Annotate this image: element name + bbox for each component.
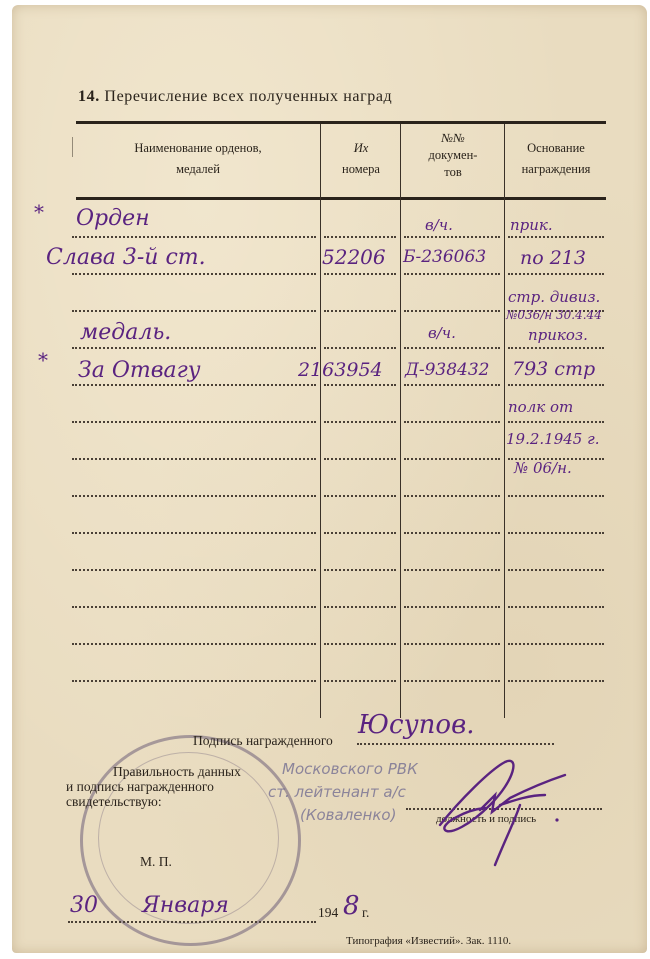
star-marker-icon: * bbox=[34, 200, 44, 224]
section-heading: 14. Перечисление всех полученных наград bbox=[78, 88, 392, 106]
date-month: Января bbox=[142, 895, 229, 917]
certify-line-2: и подпись награжденного bbox=[66, 779, 214, 795]
award-name-line1: Орден bbox=[76, 208, 150, 230]
document-prefix: в/ч. bbox=[425, 218, 453, 233]
basis-line: № 06/н. bbox=[514, 461, 572, 476]
section-number: 14. bbox=[78, 88, 100, 105]
column-divider-1 bbox=[320, 124, 321, 718]
header-award-name: Наименование орденов,медалей bbox=[80, 138, 316, 180]
date-day: 30 bbox=[70, 895, 98, 917]
basis-line: полк от bbox=[508, 400, 573, 415]
recipient-signature-label: Подпись награжденного bbox=[193, 733, 333, 749]
official-signature bbox=[420, 750, 580, 875]
star-marker-icon: * bbox=[38, 348, 48, 372]
award-name-line2: За Отвагу bbox=[78, 360, 201, 382]
stamp-text-name: (Коваленко) bbox=[300, 806, 396, 824]
award-name-line1: медаль. bbox=[80, 322, 171, 344]
award-number: 2163954 bbox=[298, 361, 383, 380]
stamp-text-office: Московского РВК bbox=[282, 760, 418, 778]
date-line bbox=[68, 921, 316, 923]
basis-line: по 213 bbox=[520, 249, 586, 268]
date-year-suffix: г. bbox=[362, 905, 369, 921]
section-title: Перечисление всех полученных наград bbox=[104, 88, 392, 105]
recipient-signature-line bbox=[357, 743, 554, 745]
document-number: Б-236063 bbox=[403, 249, 486, 266]
table-header-bottom-rule bbox=[76, 197, 606, 200]
basis-line: 793 стр bbox=[512, 360, 595, 379]
award-number: 52206 bbox=[322, 247, 386, 267]
column-divider-2 bbox=[400, 124, 401, 718]
basis-line: прик. bbox=[510, 218, 553, 233]
document-prefix: в/ч. bbox=[428, 326, 456, 341]
certify-line-3: свидетельствую: bbox=[66, 794, 162, 810]
basis-line: №036/н 30.4.44 bbox=[506, 309, 602, 321]
date-year-digit: 8 bbox=[343, 893, 360, 919]
seal-placement-label: М. П. bbox=[140, 854, 172, 870]
award-name-line2: Слава 3-й ст. bbox=[46, 247, 206, 269]
date-year-prefix: 194 bbox=[318, 905, 338, 921]
recipient-signature: Юсупов. bbox=[358, 712, 474, 738]
basis-line: 19.2.1945 г. bbox=[506, 432, 599, 447]
basis-line: стр. дивиз. bbox=[508, 290, 600, 305]
header-award-basis: Основаниенаграждения bbox=[506, 138, 606, 180]
stamp-text-rank: ст. лейтенант а/с bbox=[268, 783, 406, 801]
column-divider-3 bbox=[504, 124, 505, 718]
basis-line: прикоз. bbox=[528, 328, 588, 343]
header-document-numbers: №№докумен-тов bbox=[402, 130, 504, 181]
certify-line-1: Правильность данных bbox=[113, 764, 241, 780]
printer-imprint: Типография «Известий». Зак. 1110. bbox=[346, 935, 511, 947]
document-number: Д-938432 bbox=[405, 362, 489, 379]
table-top-rule bbox=[76, 121, 606, 124]
header-award-numbers: Ихномера bbox=[322, 138, 400, 180]
table-left-edge bbox=[72, 137, 73, 157]
